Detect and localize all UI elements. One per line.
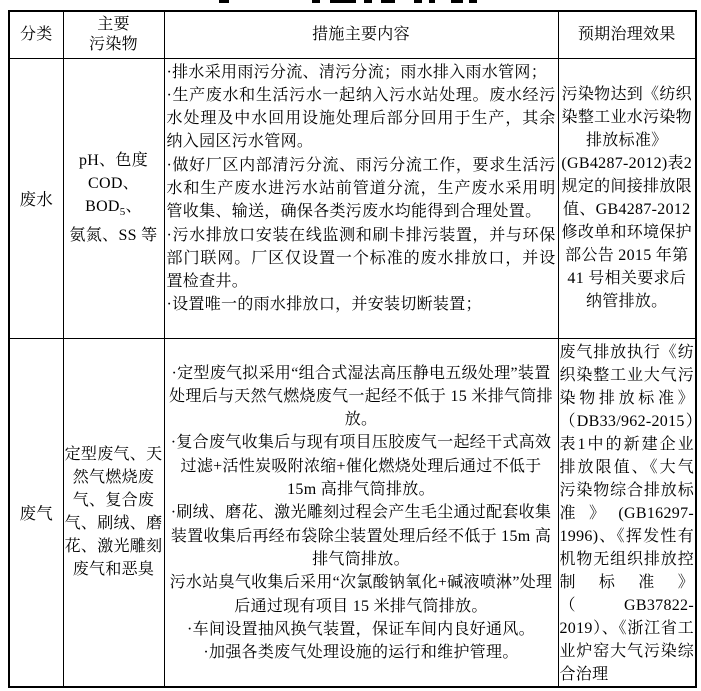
wastewater-measure-item: ·排水采用雨污分流、清污分流；雨水排入雨水管网； xyxy=(167,61,556,84)
wastewater-measure-item: ·生产废水和生活污水一起纳入污水站处理。废水经污水处理及中水回用设施处理后部分回… xyxy=(167,84,556,154)
wastegas-measure-item: 污水站臭气收集后采用“次氯酸钠氧化+碱液喷淋”处理后通过现有项目 15 米排气筒… xyxy=(167,571,556,618)
table-header-row: 分类 主要 污染物 措施主要内容 预期治理效果 xyxy=(9,11,696,58)
wastewater-category-cell: 废水 xyxy=(9,58,63,338)
wastegas-measure-item: ·定型废气拟采用“组合式湿法高压静电五级处理”装置处理后与天然气燃烧废气一起经不… xyxy=(167,362,556,432)
wastewater-pollutants-line1: pH、色度 xyxy=(65,149,163,172)
wastegas-category-label: 废气 xyxy=(19,504,53,523)
wastewater-measure-item: ·设置唯一的雨水排放口，并安装切断装置； xyxy=(167,293,556,316)
header-category-label: 分类 xyxy=(20,26,53,43)
wastegas-category-cell: 废气 xyxy=(9,338,63,687)
document-page: 分类 主要 污染物 措施主要内容 预期治理效果 废水 pH、色度 COD、BOD… xyxy=(0,0,701,691)
header-pollutants-line2: 污染物 xyxy=(64,35,164,55)
table-row-wastewater: 废水 pH、色度 COD、BOD5、 氨氮、SS 等 ·排水采用雨污分流、清污分… xyxy=(9,58,696,338)
header-effect: 预期治理效果 xyxy=(558,11,696,58)
wastegas-pollutants-text: 定型废气、天然气燃烧废气、复合废气、刷绒、磨花、激光雕刻废气和恶臭 xyxy=(65,443,163,581)
wastewater-effect-text: 污染物达到《纺织染整工业水污染物排放标准》(GB4287-2012)表2规定的间… xyxy=(560,83,695,313)
wastewater-measures-cell: ·排水采用雨污分流、清污分流；雨水排入雨水管网； ·生产废水和生活污水一起纳入污… xyxy=(164,58,558,338)
wastewater-category-label: 废水 xyxy=(19,190,53,209)
wastewater-pollutants-line2: COD、BOD5、 xyxy=(65,172,163,224)
header-pollutants: 主要 污染物 xyxy=(63,11,164,58)
wastegas-measure-item: ·车间设置抽风换气装置，保证车间内良好通风。 xyxy=(167,618,556,641)
wastegas-measures-cell: ·定型废气拟采用“组合式湿法高压静电五级处理”装置处理后与天然气燃烧废气一起经不… xyxy=(164,338,558,687)
header-effect-label: 预期治理效果 xyxy=(578,26,676,43)
wastewater-pollutants-cell: pH、色度 COD、BOD5、 氨氮、SS 等 xyxy=(63,58,164,338)
header-measures-label: 措施主要内容 xyxy=(312,26,410,43)
pollution-measures-table: 分类 主要 污染物 措施主要内容 预期治理效果 废水 pH、色度 COD、BOD… xyxy=(8,10,697,688)
wastegas-measure-item: ·加强各类废气处理设施的运行和维护管理。 xyxy=(167,641,556,664)
wastegas-effect-cell: 废气排放执行《纺织染整工业大气污染物排放标准》（DB33/962-2015）表1… xyxy=(558,338,696,687)
table-row-wastegas: 废气 定型废气、天然气燃烧废气、复合废气、刷绒、磨花、激光雕刻废气和恶臭 ·定型… xyxy=(9,338,696,687)
wastewater-measure-item: ·污水排放口安装在线监测和刷卡排污装置，并与环保部门联网。厂区仅设置一个标准的废… xyxy=(167,224,556,294)
wastewater-effect-cell: 污染物达到《纺织染整工业水污染物排放标准》(GB4287-2012)表2规定的间… xyxy=(558,58,696,338)
wastegas-pollutants-cell: 定型废气、天然气燃烧废气、复合废气、刷绒、磨花、激光雕刻废气和恶臭 xyxy=(63,338,164,687)
header-category: 分类 xyxy=(9,11,63,58)
wastewater-pollutants-line3: 氨氮、SS 等 xyxy=(65,224,163,247)
wastegas-measure-item: ·刷绒、磨花、激光雕刻过程会产生毛尘通过配套收集装置收集后再经布袋除尘装置处理后… xyxy=(167,501,556,571)
wastegas-effect-text: 废气排放执行《纺织染整工业大气污染物排放标准》（DB33/962-2015）表1… xyxy=(560,341,695,686)
wastewater-measure-item: ·做好厂区内部清污分流、雨污分流工作，要求生活污水和生产废水进污水站前管道分流，… xyxy=(167,154,556,224)
header-measures: 措施主要内容 xyxy=(164,11,558,58)
wastegas-measure-item: ·复合废气收集后与现有项目压胶废气一起经干式高效过滤+活性炭吸附浓缩+催化燃烧处… xyxy=(167,431,556,501)
header-pollutants-line1: 主要 xyxy=(64,15,164,35)
